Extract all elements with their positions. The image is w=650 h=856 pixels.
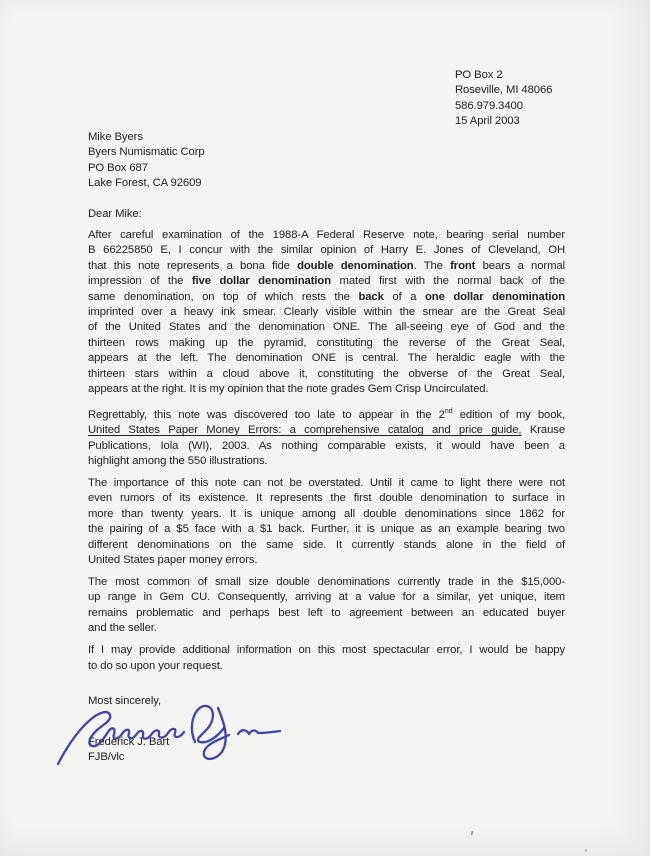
paragraph-line: the pairing of a $5 face with a $1 back.…	[88, 522, 565, 537]
valediction: Most sincerely,	[88, 694, 565, 709]
paragraph-line: different denominations on the same side…	[88, 538, 565, 553]
paragraph-line: same denomination, on top of which rests…	[88, 290, 565, 305]
paragraph-line: and the seller.	[88, 621, 565, 636]
letter-body: Dear Mike: After careful examination of …	[88, 207, 565, 765]
paragraph-line: more than twenty years. It is unique amo…	[88, 507, 565, 522]
letter-page: PO Box 2 Roseville, MI 48066 586.979.340…	[0, 0, 650, 856]
reference-initials: FJB/vlc	[88, 750, 565, 765]
paragraph-line: of the United States and the denominatio…	[88, 320, 565, 335]
paragraph-line: remains problematic and perhaps best lef…	[88, 606, 565, 621]
paragraph: If I may provide additional information …	[88, 643, 565, 674]
recipient-name: Mike Byers	[88, 130, 205, 145]
paragraph-line: imprinted over a heavy ink smear. Clearl…	[88, 305, 565, 320]
scan-speck	[471, 831, 474, 835]
paragraph-line: After careful examination of the 1988-A …	[88, 228, 565, 243]
scan-speck	[585, 849, 587, 852]
signature-space	[88, 710, 565, 735]
paragraph-line: that this note represents a bona fide do…	[88, 259, 565, 274]
sender-phone: 586.979.3400	[455, 99, 552, 114]
paragraph-line: Publications, Iola (WI), 2003. As nothin…	[88, 439, 565, 454]
paragraph-line: United States Paper Money Errors: a comp…	[88, 423, 565, 438]
paragraph-line: thirteen rows making up the pyramid, con…	[88, 336, 565, 351]
recipient-address-line: Lake Forest, CA 92609	[88, 176, 205, 191]
paragraph: After careful examination of the 1988-A …	[88, 228, 565, 397]
signer-name: Frederick J. Bart	[88, 735, 565, 750]
sender-block: PO Box 2 Roseville, MI 48066 586.979.340…	[455, 68, 552, 130]
paragraph-line: even rumors of its existence. It represe…	[88, 491, 565, 506]
paragraph: The most common of small size double den…	[88, 575, 565, 637]
sender-address-line: PO Box 2	[455, 68, 552, 83]
paragraph-line: The most common of small size double den…	[88, 575, 565, 590]
paragraphs-container: After careful examination of the 1988-A …	[88, 228, 565, 674]
salutation: Dear Mike:	[88, 207, 565, 222]
recipient-company: Byers Numismatic Corp	[88, 145, 205, 160]
paragraph-line: thirteen stars within a cloud above it, …	[88, 367, 565, 382]
paragraph: The importance of this note can not be o…	[88, 476, 565, 568]
recipient-block: Mike Byers Byers Numismatic Corp PO Box …	[88, 130, 205, 192]
paragraph-line: United States paper money errors.	[88, 553, 565, 568]
sender-address-line: Roseville, MI 48066	[455, 83, 552, 98]
recipient-address-line: PO Box 687	[88, 161, 205, 176]
paragraph-line: B 66225850 E, I concur with the similar …	[88, 243, 565, 258]
paragraph-line: Regrettably, this note was discovered to…	[88, 404, 565, 423]
letter-date: 15 April 2003	[455, 114, 552, 129]
paragraph-line: appears at the left. The denomination ON…	[88, 351, 565, 366]
paragraph-line: to do so upon your request.	[88, 659, 565, 674]
paragraph-line: If I may provide additional information …	[88, 643, 565, 658]
paragraph-line: The importance of this note can not be o…	[88, 476, 565, 491]
paragraph-line: up range in Gem CU. Consequently, arrivi…	[88, 590, 565, 605]
paragraph-line: appears at the right. It is my opinion t…	[88, 382, 565, 397]
paragraph-line: impression of the five dollar denominati…	[88, 274, 565, 289]
paragraph-line: highlight among the 550 illustrations.	[88, 454, 565, 469]
paragraph: Regrettably, this note was discovered to…	[88, 404, 565, 469]
